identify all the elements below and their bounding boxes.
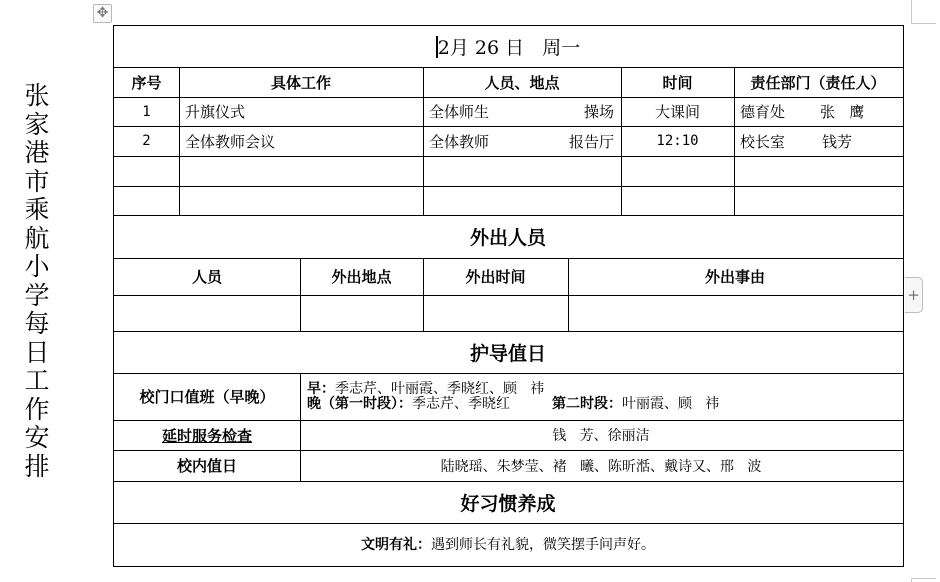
- habits-item[interactable]: 文明有礼：遇到师长有礼貌，微笑摆手问声好。: [114, 523, 902, 565]
- row3-dept[interactable]: [734, 156, 902, 186]
- outing-reason-cell[interactable]: [568, 295, 902, 331]
- habits-item-label: 文明有礼：: [361, 534, 431, 554]
- date-text: 2月 26 日 周一: [438, 33, 580, 60]
- title-char: 家: [22, 111, 52, 140]
- title-char: 每: [22, 310, 52, 339]
- gate-morning-line: 早：季志芹、叶丽霞、季晓红、顾 祎: [307, 382, 544, 397]
- add-row-button[interactable]: +: [905, 277, 923, 313]
- header-people-place: 人员、地点: [423, 67, 621, 97]
- title-char: 工: [22, 367, 52, 396]
- row2-people[interactable]: 全体教师: [423, 126, 543, 156]
- row1-people[interactable]: 全体师生: [423, 97, 543, 126]
- row1-task[interactable]: 升旗仪式: [179, 97, 423, 126]
- morning-names: 季志芹、叶丽霞、季晓红、顾 祎: [335, 381, 544, 397]
- title-char: 学: [22, 282, 52, 311]
- row4-people[interactable]: [423, 186, 621, 215]
- row4-no[interactable]: [114, 186, 179, 215]
- habits-item-text: 遇到师长有礼貌，微笑摆手问声好。: [431, 534, 655, 554]
- row4-task[interactable]: [179, 186, 423, 215]
- row1-owner[interactable]: 张 鹰: [820, 97, 900, 126]
- second-period-label: 第二时段：: [552, 396, 622, 412]
- outing-header-reason: 外出事由: [568, 258, 902, 295]
- title-char: 小: [22, 253, 52, 282]
- morning-label: 早：: [307, 381, 335, 397]
- row2-place[interactable]: 报告厅: [534, 126, 614, 156]
- habits-section-title: 好习惯养成: [114, 481, 902, 523]
- title-char: 张: [22, 82, 52, 111]
- row3-task[interactable]: [179, 156, 423, 186]
- outing-header-person: 人员: [114, 258, 300, 295]
- title-char: 港: [22, 139, 52, 168]
- page-corner-mark: [911, 0, 936, 24]
- row2-task[interactable]: 全体教师会议: [179, 126, 423, 156]
- title-char: 乘: [22, 196, 52, 225]
- row4-time[interactable]: [621, 186, 734, 215]
- row2-owner[interactable]: 钱芳: [822, 126, 902, 156]
- row1-time[interactable]: 大课间: [621, 97, 734, 126]
- extended-service-names[interactable]: 钱 芳、徐丽洁: [300, 420, 902, 450]
- header-no: 序号: [114, 67, 179, 97]
- gate-duty-names[interactable]: 早：季志芹、叶丽霞、季晓红、顾 祎 晚（第一时段）：季志芹、季晓红第二时段：叶丽…: [300, 373, 902, 420]
- campus-duty-names[interactable]: 陆晓瑶、朱梦莹、褚 曦、陈昕湉、戴诗又、邢 波: [300, 450, 902, 481]
- row1-dept[interactable]: 德育处: [734, 97, 814, 126]
- gate-duty-label: 校门口值班（早晚）: [114, 373, 300, 420]
- outing-header-time: 外出时间: [423, 258, 568, 295]
- title-char: 作: [22, 396, 52, 425]
- outing-section-title: 外出人员: [114, 215, 902, 258]
- date-header[interactable]: 2月 26 日 周一: [114, 26, 902, 67]
- row2-dept[interactable]: 校长室: [734, 126, 814, 156]
- header-task: 具体工作: [179, 67, 423, 97]
- gate-evening-line: 晚（第一时段）：季志芹、季晓红第二时段：叶丽霞、顾 祎: [307, 397, 719, 412]
- row2-no[interactable]: 2: [114, 126, 179, 156]
- title-char: 日: [22, 339, 52, 368]
- row2-time[interactable]: 12:10: [621, 126, 734, 156]
- outing-place-cell[interactable]: [300, 295, 423, 331]
- row1-no[interactable]: 1: [114, 97, 179, 126]
- school-title-vertical: 张家港市乘航小学每日工作安排: [22, 82, 52, 481]
- row3-no[interactable]: [114, 156, 179, 186]
- outing-time-cell[interactable]: [423, 295, 568, 331]
- row3-people[interactable]: [423, 156, 621, 186]
- evening-names: 季志芹、季晓红: [412, 396, 510, 412]
- header-dept: 责任部门（责任人）: [734, 67, 902, 97]
- page-corner-mark: [911, 578, 936, 582]
- row1-place[interactable]: 操场: [554, 97, 614, 126]
- extended-service-label-text: 延时服务检查: [162, 425, 252, 446]
- title-char: 排: [22, 453, 52, 482]
- outing-header-place: 外出地点: [300, 258, 423, 295]
- title-char: 市: [22, 168, 52, 197]
- outing-person-cell[interactable]: [114, 295, 300, 331]
- evening-label: 晚（第一时段）：: [307, 396, 412, 412]
- table-move-handle-icon[interactable]: ✥: [93, 4, 112, 23]
- header-time: 时间: [621, 67, 734, 97]
- title-char: 安: [22, 424, 52, 453]
- row3-time[interactable]: [621, 156, 734, 186]
- second-period-names: 叶丽霞、顾 祎: [622, 396, 719, 412]
- row4-dept[interactable]: [734, 186, 902, 215]
- title-char: 航: [22, 225, 52, 254]
- duty-section-title: 护导值日: [114, 331, 902, 373]
- extended-service-label: 延时服务检查: [114, 420, 300, 450]
- daily-schedule-table: 2月 26 日 周一 序号 具体工作 人员、地点 时间 责任部门（责任人） 1 …: [113, 25, 904, 567]
- campus-duty-label: 校内值日: [114, 450, 300, 481]
